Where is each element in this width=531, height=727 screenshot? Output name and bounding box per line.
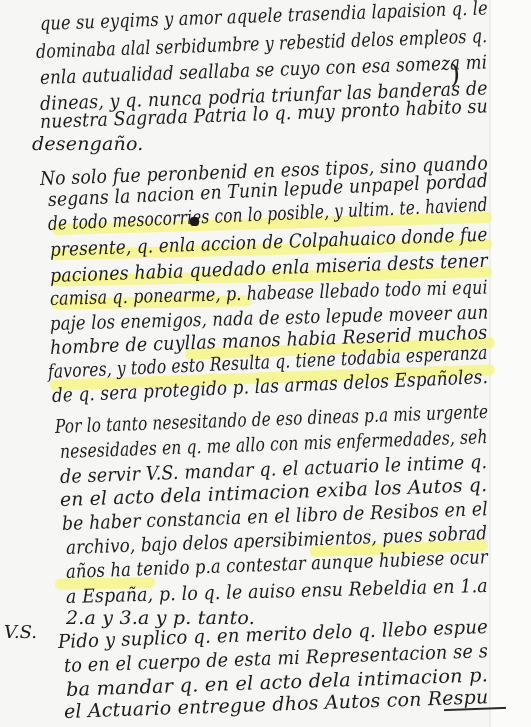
margin-label: V.S. — [4, 622, 37, 643]
manuscript-page: que su eyqims y amor aquele trasendia la… — [0, 0, 531, 727]
adjacent-page-margin — [492, 0, 531, 727]
bracket-mark: ) — [450, 60, 460, 90]
manuscript-line: desengaño. — [32, 132, 144, 156]
ink-blot — [190, 217, 199, 226]
